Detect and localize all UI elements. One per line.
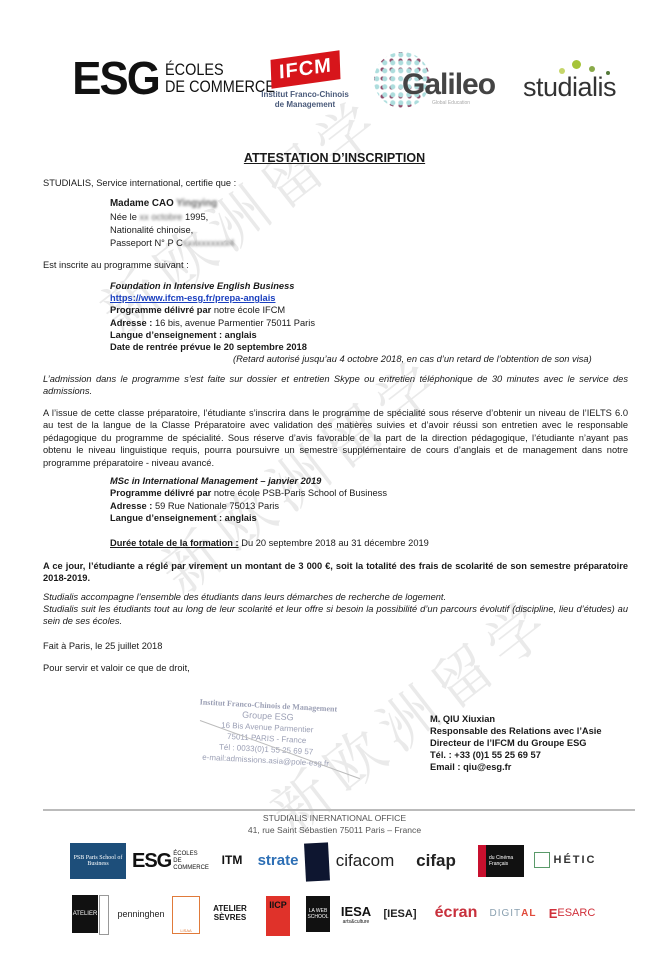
document-title: ATTESTATION D’INSCRIPTION: [0, 151, 669, 165]
ecran-logo: écran: [433, 902, 479, 924]
program1-language: Langue d’enseignement : anglais: [110, 329, 257, 341]
duration: Durée totale de la formation : Du 20 sep…: [110, 537, 429, 549]
program1-delay-note: (Retard autorisé jusqu’au 4 octobre 2018…: [233, 353, 592, 365]
iesa-arts-culture-logo: IESAarts&culture: [338, 900, 374, 928]
cifap-logo: cifap: [410, 848, 462, 874]
official-stamp: Institut Franco-Chinois de Management Gr…: [170, 695, 363, 771]
hetic-logo: HÉTIC: [533, 848, 597, 872]
dot-icon: [572, 60, 581, 69]
esg-footer-logo: ESGÉCOLESDE COMMERCE: [132, 848, 210, 874]
signatory-role1: Responsable des Relations avec l’Asie: [430, 725, 602, 737]
footer-office: STUDIALIS INERNATIONAL OFFICE: [0, 813, 669, 823]
studialis-logo: studialis: [523, 58, 638, 102]
digital-campus-logo: DIGITAL: [490, 902, 536, 924]
atelier-side-mark: [99, 895, 109, 935]
clcf-logo: du Cinéma Français: [478, 845, 524, 877]
enrolled-label: Est inscrite au programme suivant :: [43, 259, 189, 271]
student-birth: Née le xx octobre 1995,: [110, 211, 208, 223]
footer-divider: [43, 809, 635, 811]
program2-language: Langue d’enseignement : anglais: [110, 512, 257, 524]
program1-address: Adresse : 16 bis, avenue Parmentier 7501…: [110, 317, 315, 329]
payment-note: A ce jour, l’étudiante a réglé par virem…: [43, 560, 628, 585]
penninghen-logo: penninghen: [115, 906, 167, 922]
program1-url-link[interactable]: https://www.ifcm-esg.fr/prepa-anglais: [110, 292, 275, 304]
strate-logo: strate: [257, 847, 299, 873]
footer-address: 41, rue Saint Sébastien 75011 Paris – Fr…: [0, 825, 669, 835]
program2-address: Adresse : 59 Rue Nationale 75013 Paris: [110, 500, 279, 512]
admission-note: L’admission dans le programme s’est fait…: [43, 373, 628, 398]
student-nationality: Nationalité chinoise,: [110, 224, 193, 236]
esarc-evolution-logo: EESARC: [545, 900, 599, 926]
student-passport: Passeport N° P Cxxxxxxxxxx4: [110, 237, 234, 249]
student-name: Madame CAO Yingying: [110, 198, 217, 210]
followup-note: Studialis suit les étudiants tout au lon…: [43, 603, 628, 628]
la-web-school-logo: LA WEB SCHOOL: [306, 896, 330, 932]
progression-note: A l’issue de cette classe préparatoire, …: [43, 407, 628, 469]
iesa-multimedia-logo: [IESA]: [380, 900, 420, 928]
penninghen-book-logo: [304, 842, 330, 881]
signatory-role2: Directeur de l’IFCM du Groupe ESG: [430, 737, 587, 749]
attestation-page: 新欧洲留学 新欧洲留学 新欧洲留学 ESG ÉCOLESDE COMMERCE …: [0, 0, 669, 960]
housing-note: Studialis accompagne l’ensemble des étud…: [43, 591, 628, 603]
program2-name: MSc in International Management – janvie…: [110, 475, 321, 487]
place-date: Fait à Paris, le 25 juillet 2018: [43, 640, 162, 652]
signatory-name: M. QIU Xiuxian: [430, 713, 495, 725]
program1-delivered: Programme délivré par notre école IFCM: [110, 304, 285, 316]
program2-delivered: Programme délivré par notre école PSB-Pa…: [110, 487, 387, 499]
atelier-de-sevres-logo: ATELIERSÈVRES: [208, 898, 252, 928]
atelier-chardon-savard-logo: ATELIER: [72, 895, 98, 933]
iicp-logo: IICP: [266, 896, 290, 936]
intro-text: STUDIALIS, Service international, certif…: [43, 177, 236, 189]
program1-name: Foundation in Intensive English Business: [110, 280, 294, 292]
lisaa-logo: LISAA: [172, 896, 200, 934]
signatory-email: Email : qiu@esg.fr: [430, 761, 511, 773]
psb-logo: PSB Paris School of Business: [70, 843, 126, 879]
program1-start-date: Date de rentrée prévue le 20 septembre 2…: [110, 341, 307, 353]
galileo-logo: Galileo Global Education: [372, 50, 512, 110]
closing-formula: Pour servir et valoir ce que de droit,: [43, 662, 190, 674]
cifacom-logo: cifacom: [335, 848, 395, 874]
signatory-phone: Tél. : +33 (0)1 55 25 69 57: [430, 749, 541, 761]
ifcm-logo: IFCM Institut Franco-Chinoisde Managemen…: [250, 55, 360, 110]
itm-logo: ITM: [214, 848, 250, 872]
